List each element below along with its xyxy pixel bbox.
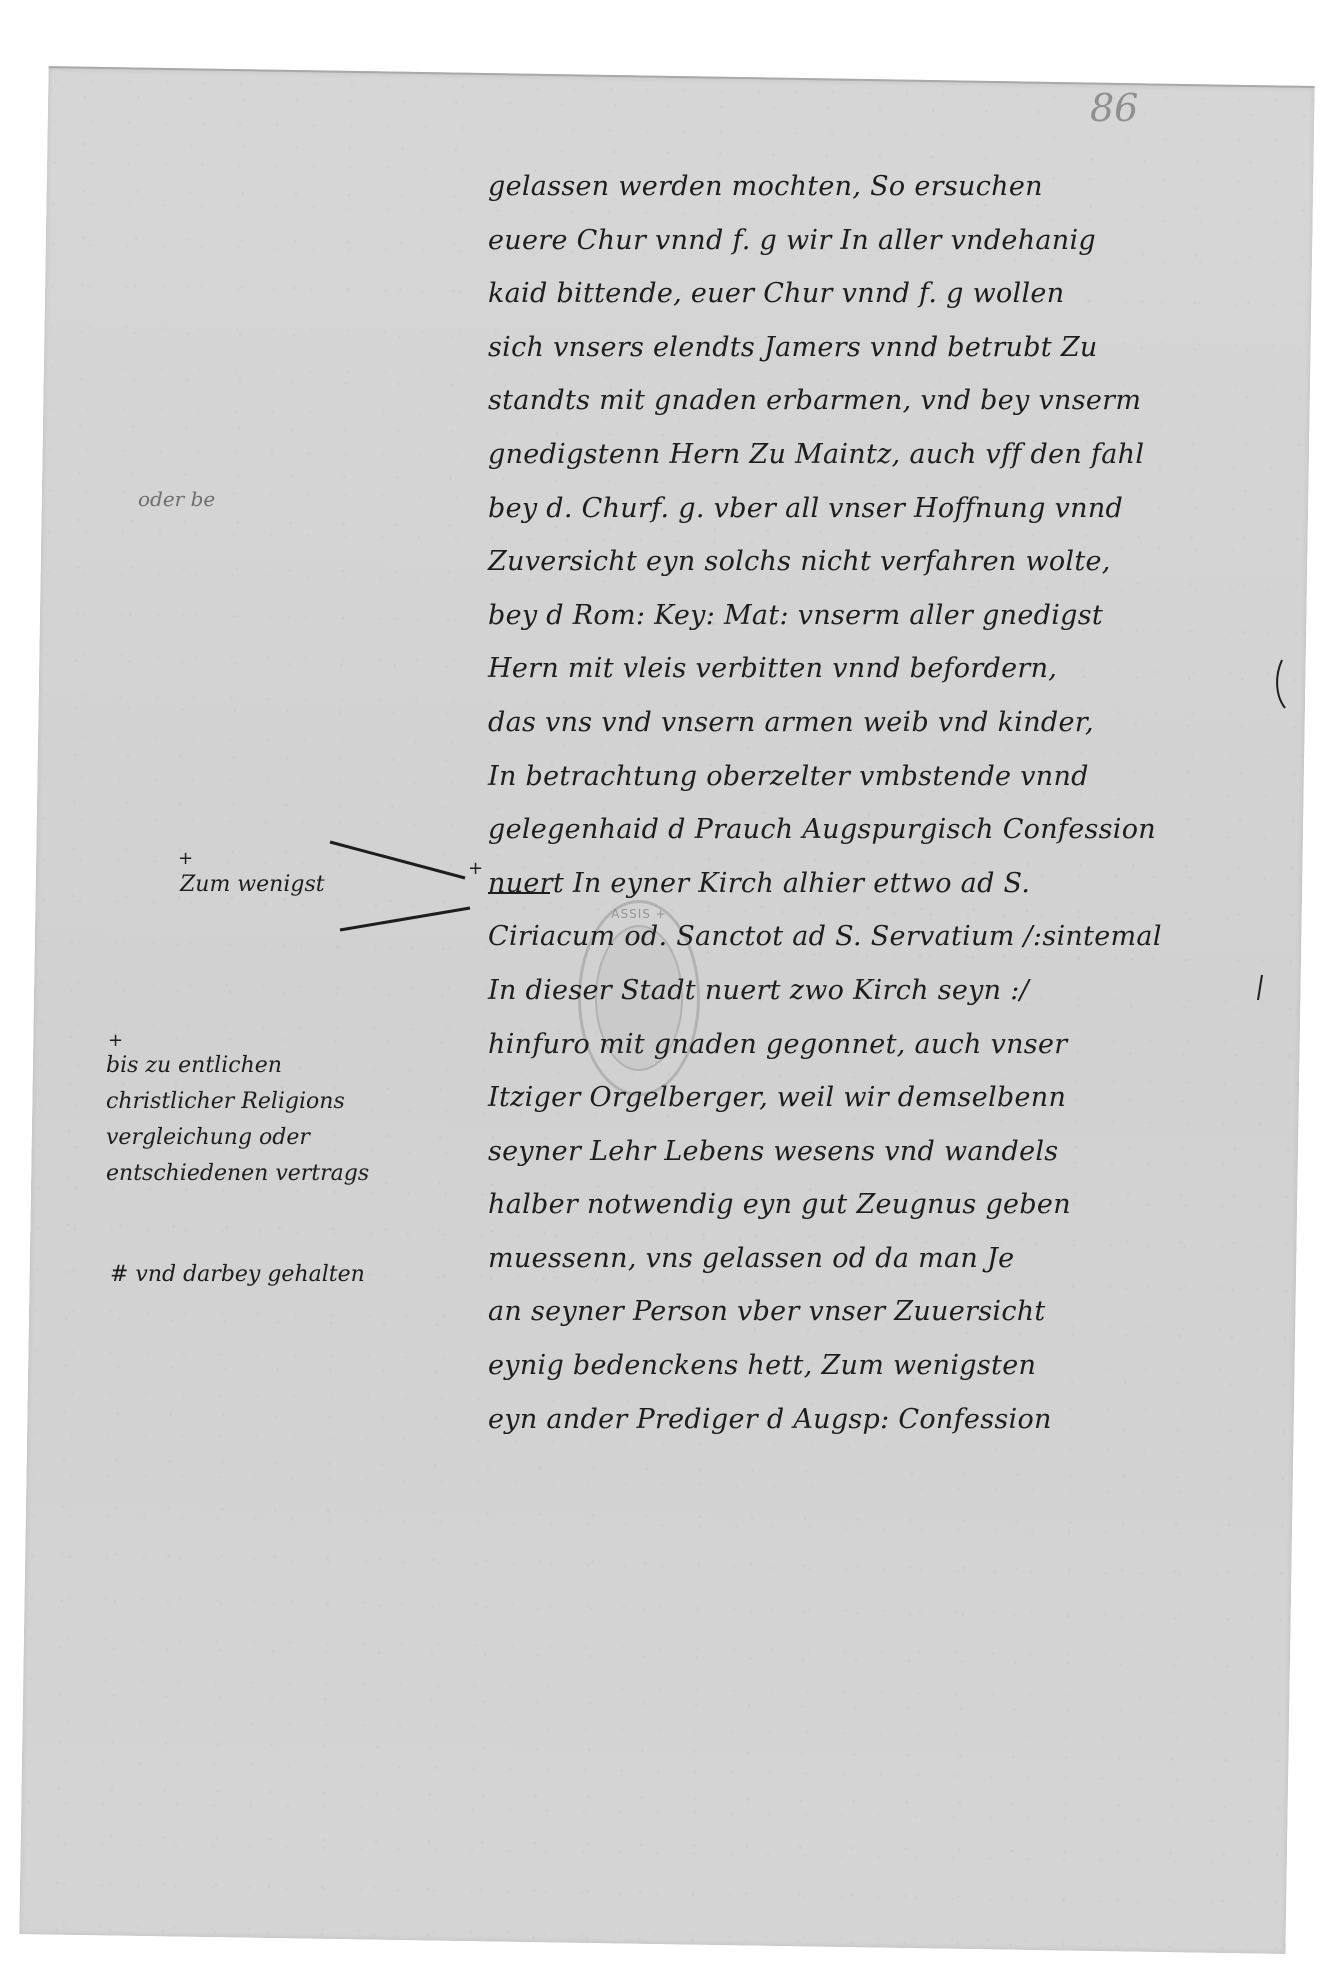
text-line: hinfuro mit gnaden gegonnet, auch vnser	[488, 1018, 1288, 1072]
text-line: gelegenhaid d Prauch Augspurgisch Confes…	[488, 803, 1288, 857]
text-line: bey d Rom: Key: Mat: vnserm aller gnedig…	[488, 589, 1288, 643]
plus-mark-icon: +	[468, 858, 483, 879]
text-line: Ciriacum od. Sanctot ad S. Servatium /:s…	[488, 910, 1288, 964]
text-line: halber notwendig eyn gut Zeugnus geben	[488, 1178, 1288, 1232]
text-line: sich vnsers elendts Jamers vnnd betrubt …	[488, 321, 1288, 375]
text-line: das vns vnd vnsern armen weib vnd kinder…	[488, 696, 1288, 750]
text-line: muessenn, vns gelassen od da man Je	[488, 1232, 1288, 1286]
plus-mark-icon: +	[178, 848, 193, 869]
text-line: gnedigstenn Hern Zu Maintz, auch vff den…	[488, 428, 1288, 482]
margin-note-line: entschiedenen vertrags	[106, 1156, 369, 1192]
text-line: bey d. Churf. g. vber all vnser Hoffnung…	[488, 482, 1288, 536]
text-line: Zuversicht eyn solchs nicht verfahren wo…	[488, 535, 1288, 589]
margin-note-zum-wenigsten: Zum wenigst	[180, 872, 325, 897]
text-line: seyner Lehr Lebens wesens vnd wandels	[488, 1125, 1288, 1179]
text-line: eynig bedenckens hett, Zum wenigsten	[488, 1339, 1288, 1393]
text-line: euere Chur vnnd f. g wir In aller vndeha…	[488, 214, 1288, 268]
text-line: an seyner Person vber vnser Zuuersicht	[488, 1285, 1288, 1339]
text-line: nuert In eyner Kirch alhier ettwo ad S.	[488, 857, 1288, 911]
margin-note-line: christlicher Religions	[106, 1084, 369, 1120]
margin-note-hash: # vnd darbey gehalten	[110, 1262, 365, 1287]
main-text-block: gelassen werden mochten, So ersuchen eue…	[488, 160, 1288, 1446]
margin-note-faded: oder be	[138, 487, 215, 511]
margin-note-line: bis zu entlichen	[106, 1048, 369, 1084]
text-line: kaid bittende, euer Chur vnnd f. g wolle…	[488, 267, 1288, 321]
text-line: standts mit gnaden erbarmen, vnd bey vns…	[488, 374, 1288, 428]
margin-note-block: bis zu entlichen christlicher Religions …	[106, 1048, 369, 1192]
text-line: In betrachtung oberzelter vmbstende vnnd	[488, 750, 1288, 804]
folio-number: 86	[1090, 86, 1138, 130]
text-line: In dieser Stadt nuert zwo Kirch seyn :/	[488, 964, 1288, 1018]
text-line: gelassen werden mochten, So ersuchen	[488, 160, 1288, 214]
text-line: Hern mit vleis verbitten vnnd befordern,	[488, 642, 1288, 696]
text-line: eyn ander Prediger d Augsp: Confession	[488, 1393, 1288, 1447]
margin-note-line: vergleichung oder	[106, 1120, 369, 1156]
text-line: Itziger Orgelberger, weil wir demselbenn	[488, 1071, 1288, 1125]
